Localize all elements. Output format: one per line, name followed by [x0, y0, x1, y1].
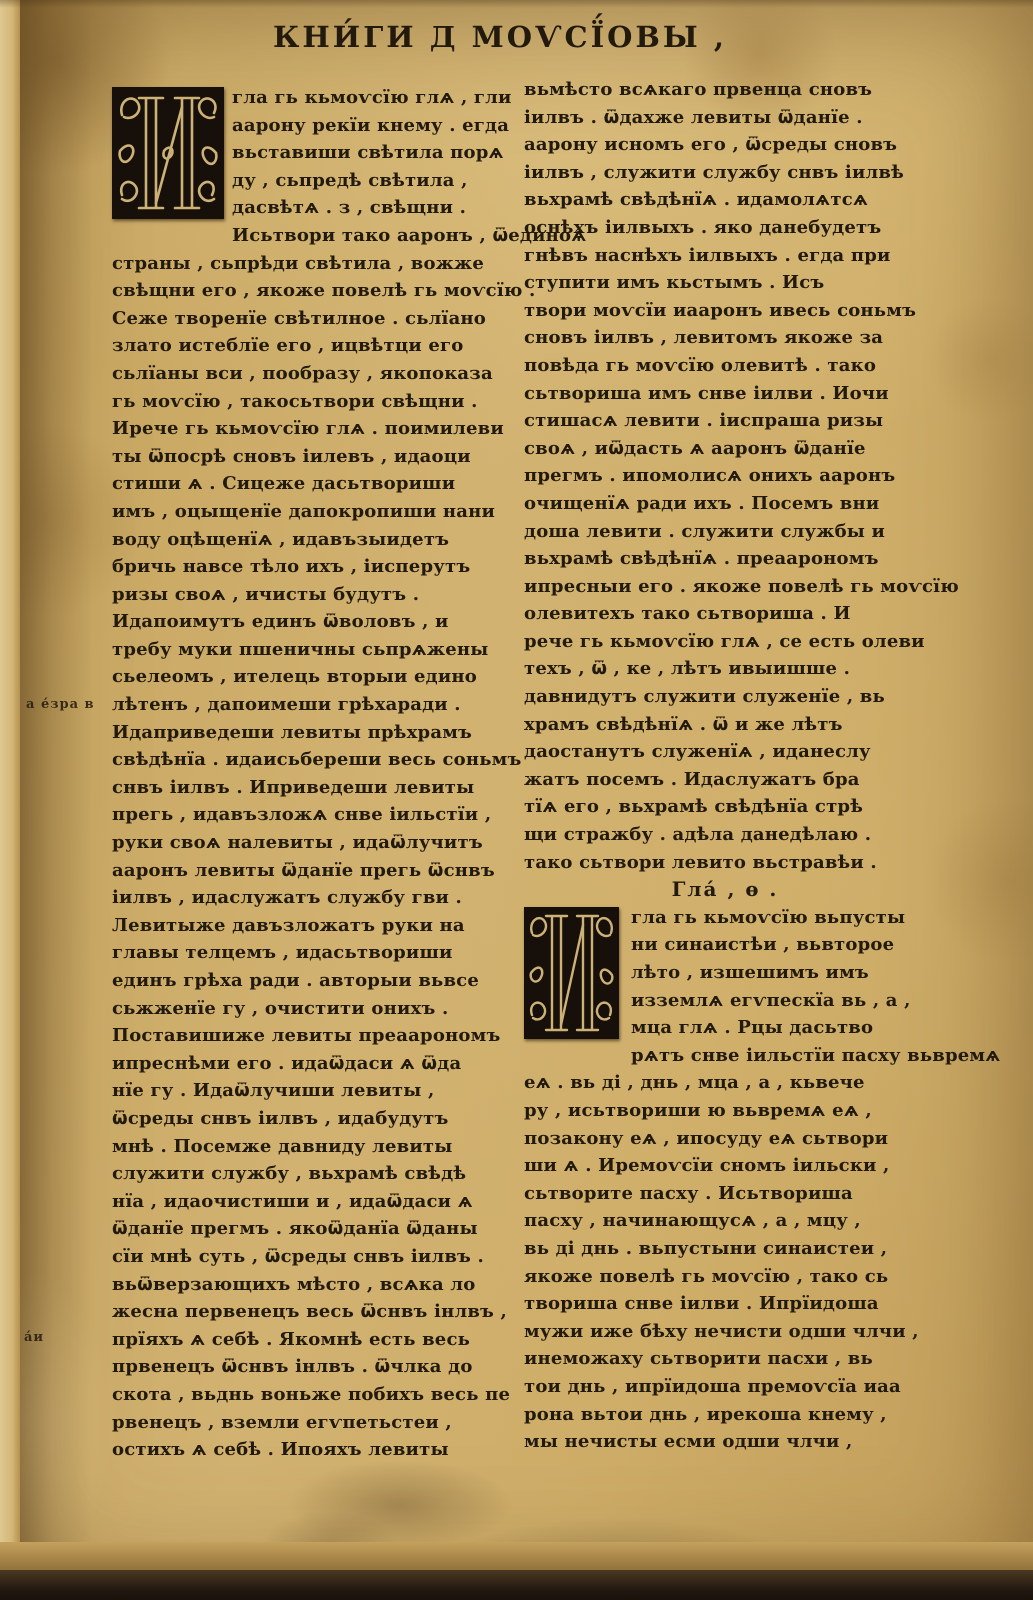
- text-line: ипреснѣми его . идаѿдаси ѧ ѿда: [112, 1050, 510, 1078]
- text-line: сїи мнѣ суть , ѿсреды снвъ іилвъ .: [112, 1243, 510, 1271]
- text-line: даостанутъ служенїѧ , иданеслу: [524, 738, 926, 766]
- text-line: давнидутъ служити служенїе , вь: [524, 683, 926, 711]
- text-line: нїе гу . Идаѿлучиши левиты ,: [112, 1077, 510, 1105]
- text-line: жатъ посемъ . Идаслужатъ бра: [524, 766, 926, 794]
- gutter-shadow: [20, 0, 92, 1600]
- text-line: ру , исьтвориши ю вьвремѧ еѧ ,: [524, 1097, 926, 1125]
- text-line: инеможаху сьтворити пасхи , вь: [524, 1345, 926, 1373]
- margin-note-ezra: а е́зра в: [26, 697, 95, 712]
- text-line: позакону еѧ , ипосуду еѧ сьтвори: [524, 1125, 926, 1153]
- text-line: еѧ . вь ді , днь , мца , а , кьвече: [524, 1069, 926, 1097]
- text-line: тои днь , ипрїидоша премоѵсїа иаа: [524, 1373, 926, 1401]
- text-line: рече гь кьмоѵсїю глѧ , се есть олеви: [524, 628, 926, 656]
- text-line: лѣтенъ , дапоимеши грѣхаради .: [112, 691, 510, 719]
- text-line: вь ді днь . вьпустыни синаистеи ,: [524, 1235, 926, 1263]
- chapter-heading: Гла́ , ѳ .: [524, 876, 926, 904]
- text-line: олевитехъ тако сьтвориша . И: [524, 600, 926, 628]
- text-line: Исьтвори тако ааронъ , ѿединоѧ: [112, 222, 510, 250]
- text-line: мнѣ . Посемже давниду левиты: [112, 1133, 510, 1161]
- text-line: рона вьтои днь , ирекоша кнему ,: [524, 1401, 926, 1429]
- text-line: Левитыже давъзложатъ руки на: [112, 912, 510, 940]
- right-column-part2: гла гь кьмоѵсїю вьпустыни синаистѣи , вь…: [524, 904, 926, 1456]
- text-line: свѣщни его , якоже повелѣ гь моѵсїю .: [112, 277, 510, 305]
- text-line: мы нечисты есми одши члчи ,: [524, 1428, 926, 1456]
- text-line: техъ , ѿ , ке , лѣтъ ивыишше .: [524, 655, 926, 683]
- text-line: руки своѧ налевиты , идаѿлучитъ: [112, 829, 510, 857]
- background-table-edge: [0, 1570, 1033, 1600]
- text-line: стиши ѧ . Сицеже дасьтвориши: [112, 470, 510, 498]
- text-line: вьхрамѣ свѣдѣнїѧ . преаарономъ: [524, 545, 926, 573]
- text-line: прегмъ . ипомолисѧ онихъ ааронъ: [524, 462, 926, 490]
- text-line: іилвъ , идаслужатъ службу гви .: [112, 884, 510, 912]
- text-line: вьхрамѣ свѣдѣнїѧ . идамолѧтсѧ: [524, 186, 926, 214]
- text-line: сновъ іилвъ , левитомъ якоже за: [524, 324, 926, 352]
- margin-note-second: а́и: [24, 1330, 44, 1345]
- text-line: имъ , оцыщенїе дапокропиши нани: [112, 498, 510, 526]
- text-line: воду оцѣщенїѧ , идавъзыидетъ: [112, 526, 510, 554]
- text-line: рвенецъ , вземли егѵпетьстеи ,: [112, 1409, 510, 1437]
- text-line: остихъ ѧ себѣ . Ипояхъ левиты: [112, 1436, 510, 1464]
- text-line: ааронъ левиты ѿданїе прегь ѿснвъ: [112, 857, 510, 885]
- text-line: ѿсреды снвъ іилвъ , идабудутъ: [112, 1105, 510, 1133]
- text-line: првенецъ ѿснвъ інлвъ . ѿчлка до: [112, 1353, 510, 1381]
- text-line: щи стражбу . адѣла данедѣлаю .: [524, 821, 926, 849]
- text-line: пасху , начинающусѧ , а , мцу ,: [524, 1207, 926, 1235]
- text-line: Идапоимутъ единъ ѿволовъ , и: [112, 608, 510, 636]
- text-line: очищенїѧ ради ихъ . Посемъ вни: [524, 490, 926, 518]
- text-line: якоже повелѣ гь моѵсїю , тако сь: [524, 1263, 926, 1291]
- text-line: оснѣхъ іилвыхъ . яко данебудетъ: [524, 214, 926, 242]
- text-line: Ирече гь кьмоѵсїю глѧ . поимилеви: [112, 415, 510, 443]
- text-line: рѧтъ снве іильстїи пасху вьвремѧ: [524, 1042, 926, 1070]
- text-line: мужи иже бѣху нечисти одши члчи ,: [524, 1318, 926, 1346]
- text-line: свѣдѣнїа . идаисьбереши весь соньмъ: [112, 746, 510, 774]
- text-line: ты ѿпосрѣ сновъ іилевъ , идаоци: [112, 443, 510, 471]
- right-text-column: вьмѣсто всѧкаго првенца сновъіилвъ . ѿда…: [524, 76, 926, 1456]
- text-line: ѿданїе прегмъ . якоѿданїа ѿданы: [112, 1215, 510, 1243]
- text-line: сьтворите пасху . Исьтвориша: [524, 1180, 926, 1208]
- text-line: іилвъ , служити службу снвъ іилвѣ: [524, 159, 926, 187]
- text-line: сьелеомъ , ителець вторыи едино: [112, 663, 510, 691]
- text-line: доша левити . служити службы и: [524, 518, 926, 546]
- text-line: главы телцемъ , идасьтвориши: [112, 939, 510, 967]
- text-line: служити службу , вьхрамѣ свѣдѣ: [112, 1160, 510, 1188]
- scanned-book-page: КНИ́ГИ Д МОѴСЇ́ОВЫ , а е́зра в а́и: [0, 0, 1033, 1600]
- text-line: стишасѧ левити . іиспраша ризы: [524, 407, 926, 435]
- text-line: ши ѧ . Иремоѵсїи сномъ іильски ,: [524, 1152, 926, 1180]
- text-line: твори моѵсїи иааронъ ивесь соньмъ: [524, 297, 926, 325]
- text-line: ипресныи его . якоже повелѣ гь моѵсїю: [524, 573, 926, 601]
- text-line: тїѧ его , вьхрамѣ свѣдѣнїа стрѣ: [524, 793, 926, 821]
- text-line: прегь , идавъзложѧ снве іильстїи ,: [112, 801, 510, 829]
- text-line: твориша снве іилви . Ипрїидоша: [524, 1290, 926, 1318]
- text-line: вьмѣсто всѧкаго првенца сновъ: [524, 76, 926, 104]
- right-column-part1: вьмѣсто всѧкаго првенца сновъіилвъ . ѿда…: [524, 76, 926, 876]
- page-left-edge: [0, 0, 20, 1600]
- text-line: страны , сьпрѣди свѣтила , вожже: [112, 250, 510, 278]
- text-line: гь моѵсїю , такосьтвори свѣщни .: [112, 388, 510, 416]
- page-title: КНИ́ГИ Д МОѴСЇ́ОВЫ ,: [0, 20, 1000, 54]
- text-line: сьтвориша имъ снве іилви . Иочи: [524, 380, 926, 408]
- woodcut-initial-icon: [524, 907, 619, 1039]
- woodcut-initial-icon: [112, 87, 224, 219]
- text-line: аарону исномъ его , ѿсреды сновъ: [524, 131, 926, 159]
- text-line: жесна первенецъ весь ѿснвъ інлвъ ,: [112, 1298, 510, 1326]
- text-line: іилвъ . ѿдахже левиты ѿданїе .: [524, 104, 926, 132]
- text-line: гнѣвъ наснѣхъ іилвыхъ . егда при: [524, 242, 926, 270]
- text-line: храмъ свѣдѣнїѧ . ѿ и же лѣтъ: [524, 711, 926, 739]
- text-line: снвъ іилвъ . Иприведеши левиты: [112, 774, 510, 802]
- page-bottom-edge: [0, 1542, 1033, 1570]
- text-line: Идаприведеши левиты прѣхрамъ: [112, 719, 510, 747]
- text-line: ступити имъ кьстымъ . Исъ: [524, 269, 926, 297]
- text-line: повѣда гь моѵсїю олевитѣ . тако: [524, 352, 926, 380]
- text-line: требу муки пшеничны сьпрѧжены: [112, 636, 510, 664]
- page-top-edge: [0, 0, 1033, 8]
- text-line: своѧ , иѿдасть ѧ ааронъ ѿданїе: [524, 435, 926, 463]
- text-line: злато истеблїе его , ицвѣтци его: [112, 332, 510, 360]
- text-line: вьѿверзающихъ мѣсто , всѧка ло: [112, 1271, 510, 1299]
- text-line: сьлїаны вси , пообразу , якопоказа: [112, 360, 510, 388]
- text-line: Поставишиже левиты преаарономъ: [112, 1022, 510, 1050]
- text-line: скота , вьднь воньже побихъ весь пе: [112, 1381, 510, 1409]
- left-text-column: гла гь кьмоѵсїю глѧ , глиаарону рекїи кн…: [112, 84, 510, 1464]
- text-line: единъ грѣха ради . авторыи вьвсе: [112, 967, 510, 995]
- text-line: нїа , идаочистиши и , идаѿдаси ѧ: [112, 1188, 510, 1216]
- text-line: сьжженїе гу , очистити онихъ .: [112, 995, 510, 1023]
- text-line: тако сьтвори левито вьстравѣи .: [524, 849, 926, 877]
- text-line: прїяхъ ѧ себѣ . Якомнѣ есть весь: [112, 1326, 510, 1354]
- text-line: ризы своѧ , ичисты будутъ .: [112, 581, 510, 609]
- text-line: Сеже творенїе свѣтилное . сьлїано: [112, 305, 510, 333]
- text-line: бричь навсе тѣло ихъ , іисперутъ: [112, 553, 510, 581]
